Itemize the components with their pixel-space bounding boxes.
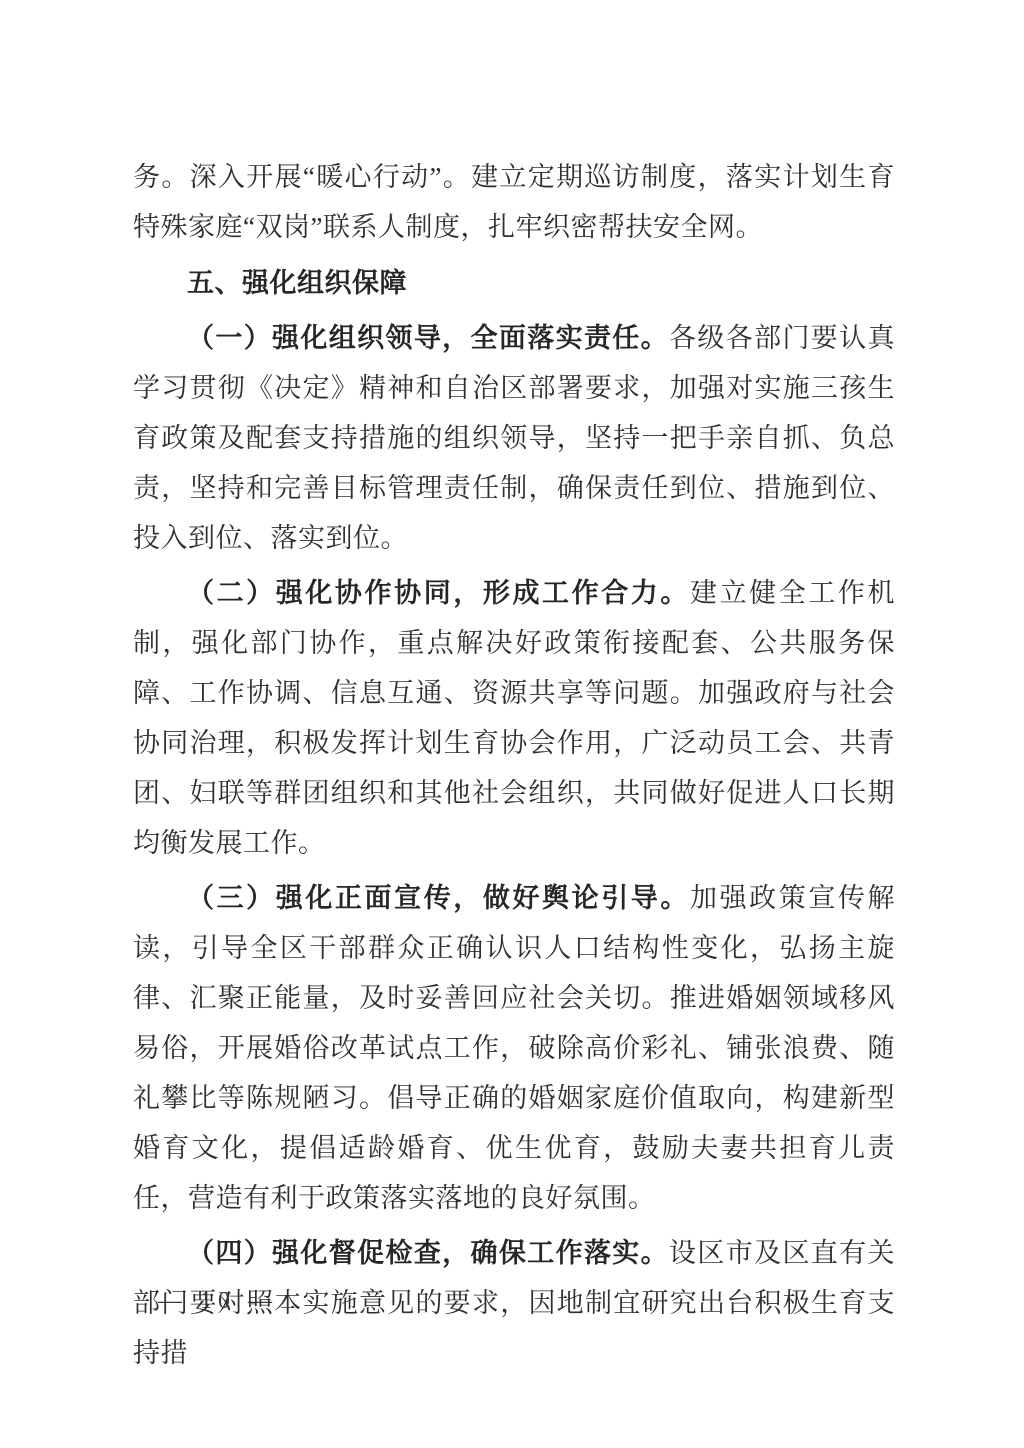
paragraph-text: 加强政策宣传解读，引导全区干部群众正确认识人口结构性变化，弘扬主旋律、汇聚正能量… xyxy=(133,883,895,1213)
paragraph-text: 务。深入开展“暖心行动”。建立定期巡访制度，落实计划生育特殊家庭“双岗”联系人制… xyxy=(133,162,895,242)
paragraph-text: 建立健全工作机制，强化部门协作，重点解决好政策衔接配套、公共服务保障、工作协调、… xyxy=(133,578,895,858)
page-number: — 10 — xyxy=(158,1288,278,1314)
document-page: 务。深入开展“暖心行动”。建立定期巡访制度，落实计划生育特殊家庭“双岗”联系人制… xyxy=(0,0,1024,1448)
page-footer: — 10 — xyxy=(158,1286,278,1316)
paragraph-item-2: （二）强化协作协同，形成工作合力。建立健全工作机制，强化部门协作，重点解决好政策… xyxy=(133,568,895,868)
paragraph-lead: （二）强化协作协同，形成工作合力。 xyxy=(187,578,690,608)
paragraph-continuation: 务。深入开展“暖心行动”。建立定期巡访制度，落实计划生育特殊家庭“双岗”联系人制… xyxy=(133,152,895,252)
paragraph-item-1: （一）强化组织领导，全面落实责任。各级各部门要认真学习贯彻《决定》精神和自治区部… xyxy=(133,313,895,563)
paragraph-lead: （四）强化督促检查，确保工作落实。 xyxy=(187,1238,669,1268)
paragraph-text: 各级各部门要认真学习贯彻《决定》精神和自治区部署要求，加强对实施三孩生育政策及配… xyxy=(133,323,895,553)
paragraph-lead: （一）强化组织领导，全面落实责任。 xyxy=(187,323,669,353)
paragraph-lead: （三）强化正面宣传，做好舆论引导。 xyxy=(187,883,690,913)
document-body: 务。深入开展“暖心行动”。建立定期巡访制度，落实计划生育特殊家庭“双岗”联系人制… xyxy=(133,152,895,1378)
paragraph-item-3: （三）强化正面宣传，做好舆论引导。加强政策宣传解读，引导全区干部群众正确认识人口… xyxy=(133,873,895,1223)
section-heading: 五、强化组织保障 xyxy=(133,258,895,308)
